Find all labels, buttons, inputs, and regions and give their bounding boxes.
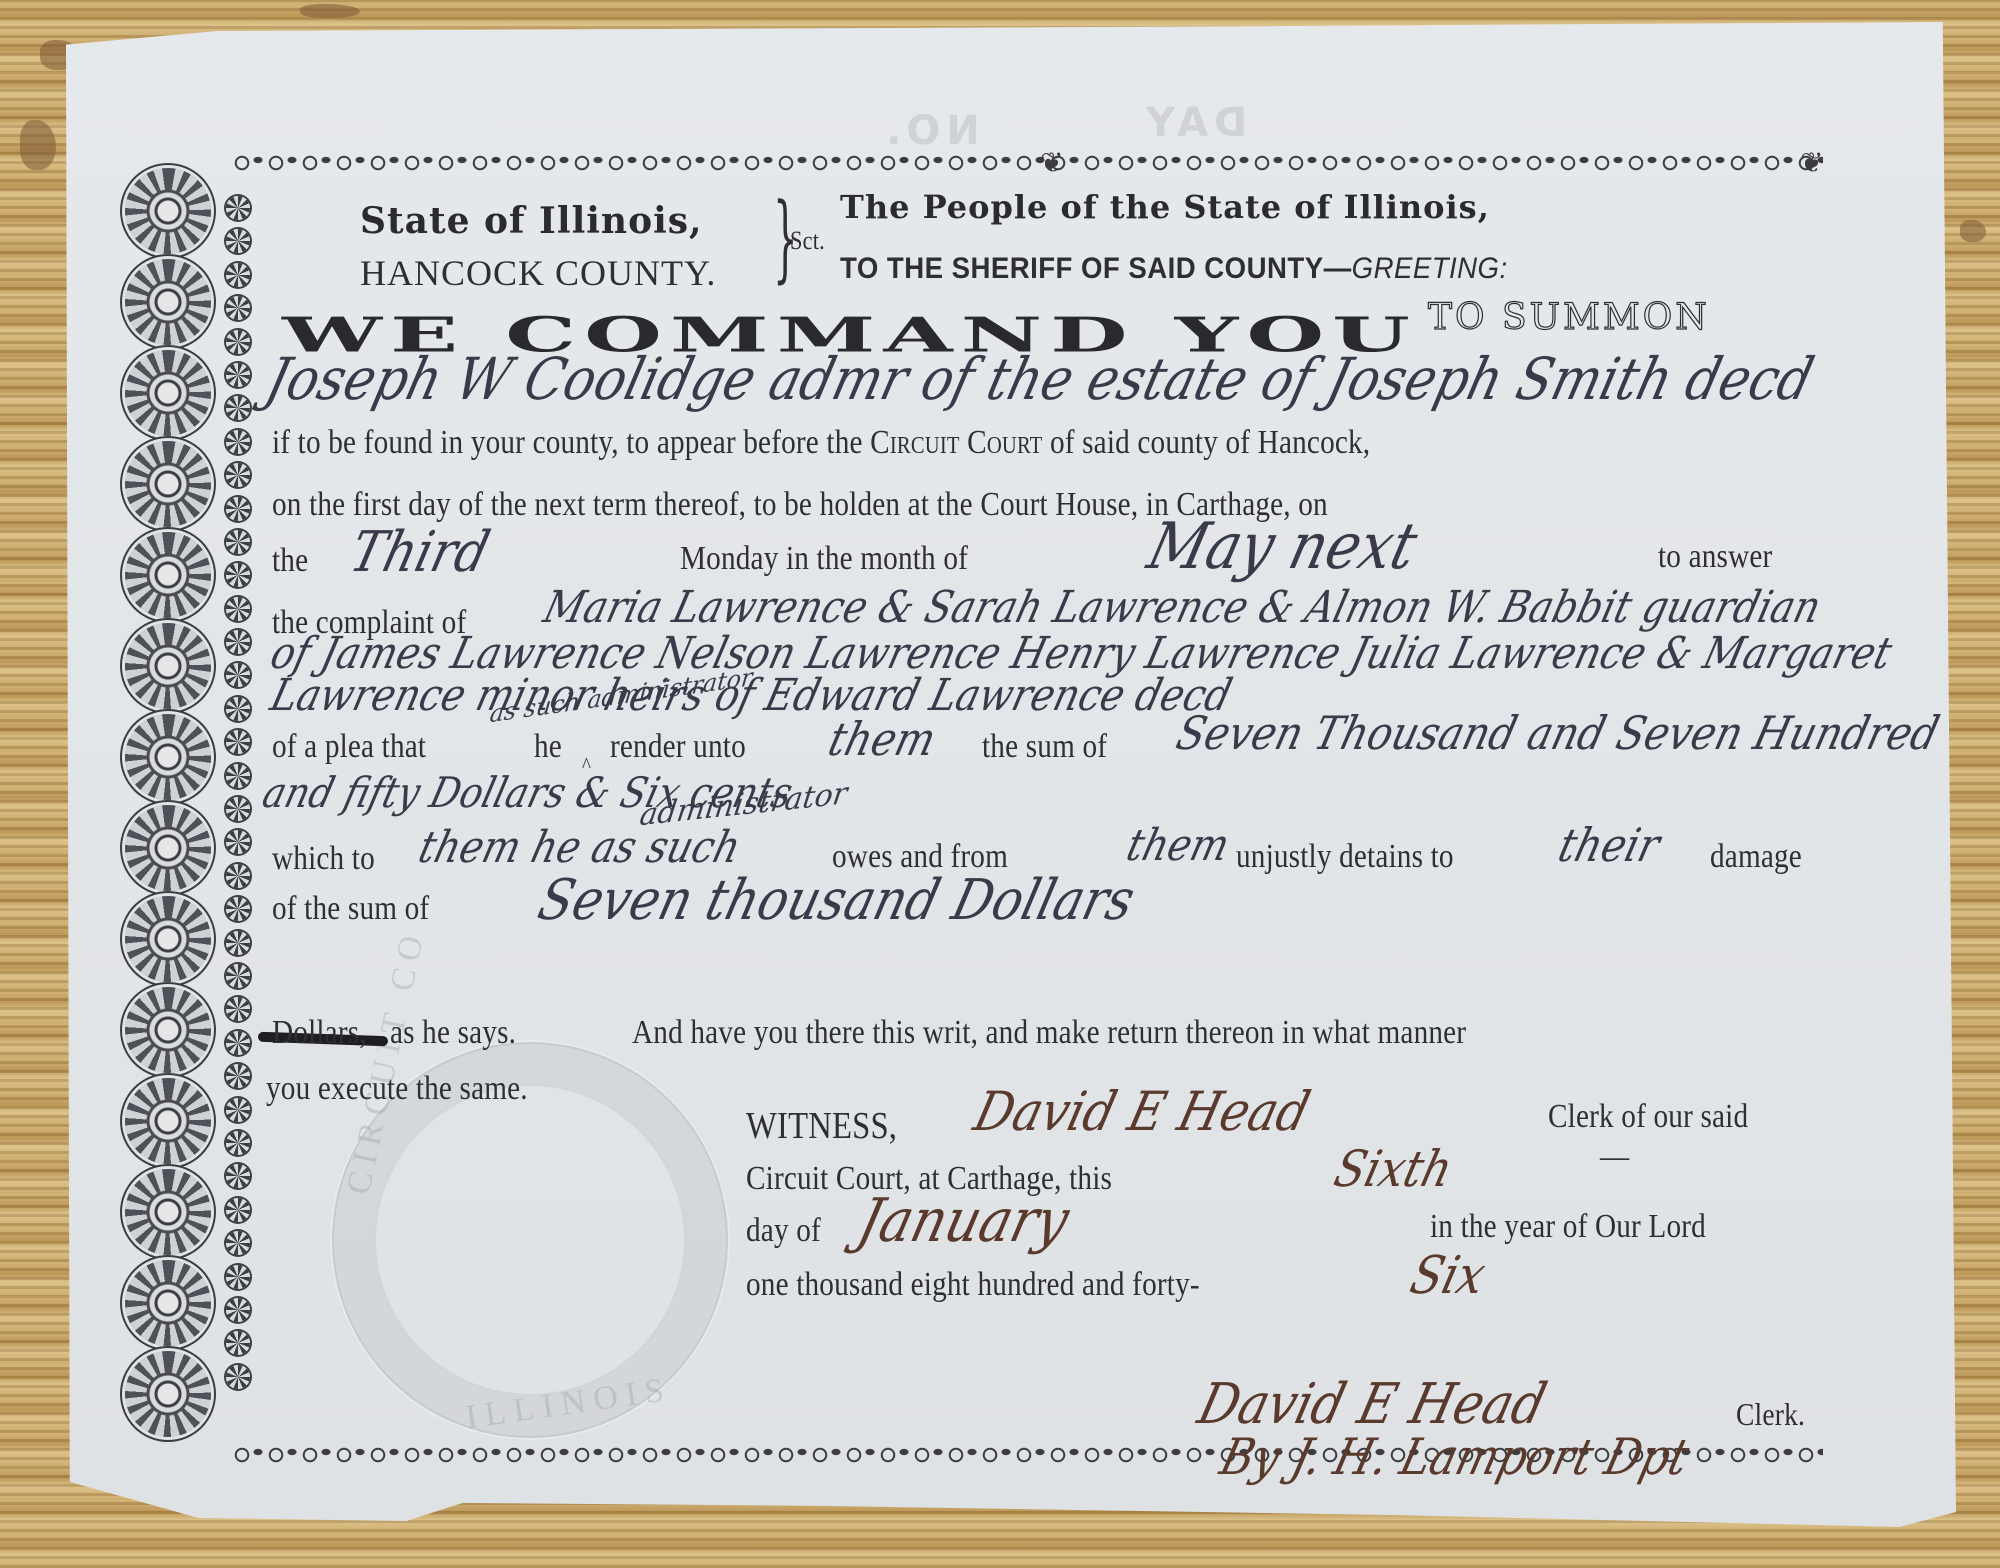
body-damage: damage: [1710, 838, 1802, 876]
flower-dot-icon: [226, 1064, 250, 1088]
to-summon-heading: TO SUMMON: [1428, 297, 1710, 338]
greeting-text: GREETING:: [1352, 252, 1508, 285]
flower-dot-icon: [226, 797, 250, 821]
rosette-icon: [125, 805, 211, 891]
body-to-answer: to answer: [1658, 538, 1772, 576]
flower-dot-icon: [226, 263, 250, 287]
witness-year-of-lord: in the year of Our Lord: [1430, 1208, 1706, 1246]
flower-dot-icon: [226, 563, 250, 587]
circuit-court-text: Circuit Court: [870, 424, 1042, 461]
body-the: the: [272, 542, 308, 580]
flower-dot-icon: [226, 1031, 250, 1055]
body-which-to: which to: [272, 840, 375, 878]
rosette-icon: [125, 987, 211, 1073]
complainants-line-1: Maria Lawrence & Sarah Lawrence & Almon …: [539, 582, 1826, 633]
flower-dot-icon: [226, 330, 250, 354]
witness-hand-day: Sixth: [1329, 1140, 1459, 1198]
clerk-label: Clerk.: [1736, 1396, 1805, 1433]
sheriff-heading: TO THE SHERIFF OF SAID COUNTY—GREETING:: [840, 252, 1508, 286]
flower-dot-icon: [226, 730, 250, 754]
people-heading: The People of the State of Illinois,: [840, 188, 1490, 226]
witness-label: WITNESS,: [746, 1104, 897, 1148]
bleed-through-day: DAY: [1140, 100, 1247, 146]
flower-dot-icon: [226, 229, 250, 253]
flower-dot-icon: [226, 630, 250, 654]
body-execute-same: you execute the same.: [266, 1070, 528, 1108]
body-sum-of: the sum of: [982, 728, 1107, 766]
flower-dot-icon: [226, 430, 250, 454]
flower-dot-icon: [226, 1098, 250, 1122]
witness-day-of: day of: [746, 1212, 821, 1250]
fleuron-icon: ❦: [1040, 146, 1063, 180]
flower-dot-icon: [226, 530, 250, 554]
body-as-he-says: as he says.: [390, 1014, 516, 1052]
witness-clerk-text: Clerk of our said: [1548, 1098, 1748, 1136]
flower-dot-icon: [226, 1131, 250, 1155]
flower-dot-icon: [226, 764, 250, 788]
rosette-icon: [125, 1078, 211, 1164]
flower-dot-icon: [226, 1365, 250, 1389]
rosette-icon: [125, 896, 211, 982]
flower-dot-icon: [226, 196, 250, 220]
body-unjustly-detains: unjustly detains to: [1236, 838, 1454, 876]
body-dollars: Dollars,: [272, 1014, 367, 1052]
wood-knot: [1960, 220, 1986, 242]
flower-dot-icon: [226, 663, 250, 687]
hand-them-2: them: [1122, 820, 1235, 871]
rosette-icon: [125, 350, 211, 436]
flower-dot-icon: [226, 964, 250, 988]
flower-dot-icon: [226, 463, 250, 487]
rosette-border-left: [125, 168, 215, 1442]
rosette-icon: [125, 259, 211, 345]
body-of-the-sum: of the sum of: [272, 890, 429, 928]
body-monday: Monday in the month of: [680, 540, 968, 578]
witness-dash: —: [1600, 1138, 1629, 1176]
rosette-icon: [125, 168, 211, 254]
set-label: Sct.: [790, 226, 825, 256]
hand-damage-amount: Seven thousand Dollars: [532, 868, 1141, 933]
county-heading: HANCOCK COUNTY.: [360, 252, 716, 294]
defendant-handwritten: Joseph W Coolidge admr of the estate of …: [260, 345, 1821, 413]
flower-dot-icon: [226, 396, 250, 420]
flower-dot-icon: [226, 1265, 250, 1289]
flower-dot-icon: [226, 597, 250, 621]
rosette-icon: [125, 441, 211, 527]
rosette-icon: [125, 532, 211, 618]
body-line-1: if to be found in your county, to appear…: [272, 424, 1370, 462]
flower-dot-icon: [226, 1298, 250, 1322]
witness-year-line: one thousand eight hundred and forty-: [746, 1266, 1200, 1304]
flower-dot-icon: [226, 897, 250, 921]
hand-month: May next: [1141, 510, 1424, 584]
flower-dot-icon: [226, 697, 250, 721]
wood-knot: [300, 4, 360, 18]
hand-day-ordinal: Third: [344, 520, 496, 585]
flower-dot-icon: [226, 1198, 250, 1222]
flower-dot-icon: [226, 997, 250, 1021]
flower-dot-icon: [226, 363, 250, 387]
body-plea: of a plea that: [272, 728, 426, 766]
flower-dot-icon: [226, 931, 250, 955]
sheriff-text: TO THE SHERIFF OF SAID COUNTY—: [840, 252, 1352, 285]
hand-them-1: them: [823, 712, 941, 766]
flower-dot-icon: [226, 864, 250, 888]
body-he: he: [534, 728, 562, 766]
hand-their: their: [1553, 818, 1665, 872]
line1-text: if to be found in your county, to appear…: [272, 424, 863, 461]
flower-dot-icon: [226, 1164, 250, 1188]
rosette-icon: [125, 1351, 211, 1437]
flower-dot-icon: [226, 1331, 250, 1355]
flower-dot-icon: [226, 497, 250, 521]
deputy-signature: By J. H. Lamport Dpt: [1215, 1428, 1695, 1486]
rosette-icon: [125, 714, 211, 800]
witness-hand-month: January: [851, 1186, 1076, 1256]
body-render-unto: render unto: [610, 728, 746, 766]
ornamental-border-top: [232, 148, 1823, 178]
flower-dot-icon: [226, 1231, 250, 1255]
hand-them-he-as-such: them he as such: [414, 822, 746, 873]
wood-knot: [20, 120, 56, 170]
state-of-illinois-heading: State of Illinois,: [360, 200, 703, 242]
rosette-icon: [125, 623, 211, 709]
flower-dot-icon: [226, 830, 250, 854]
witness-clerk-name: David E Head: [968, 1080, 1316, 1143]
line1-end-text: of said county of Hancock,: [1050, 424, 1370, 461]
body-writ-return: And have you there this writ, and make r…: [632, 1014, 1466, 1052]
dot-border-left: [226, 196, 254, 1398]
fleuron-icon: ❦: [1800, 146, 1823, 180]
flower-dot-icon: [226, 296, 250, 320]
rosette-icon: [125, 1169, 211, 1255]
hand-amount-1: Seven Thousand and Seven Hundred: [1171, 706, 1944, 760]
rosette-icon: [125, 1260, 211, 1346]
witness-hand-year: Six: [1405, 1246, 1492, 1306]
